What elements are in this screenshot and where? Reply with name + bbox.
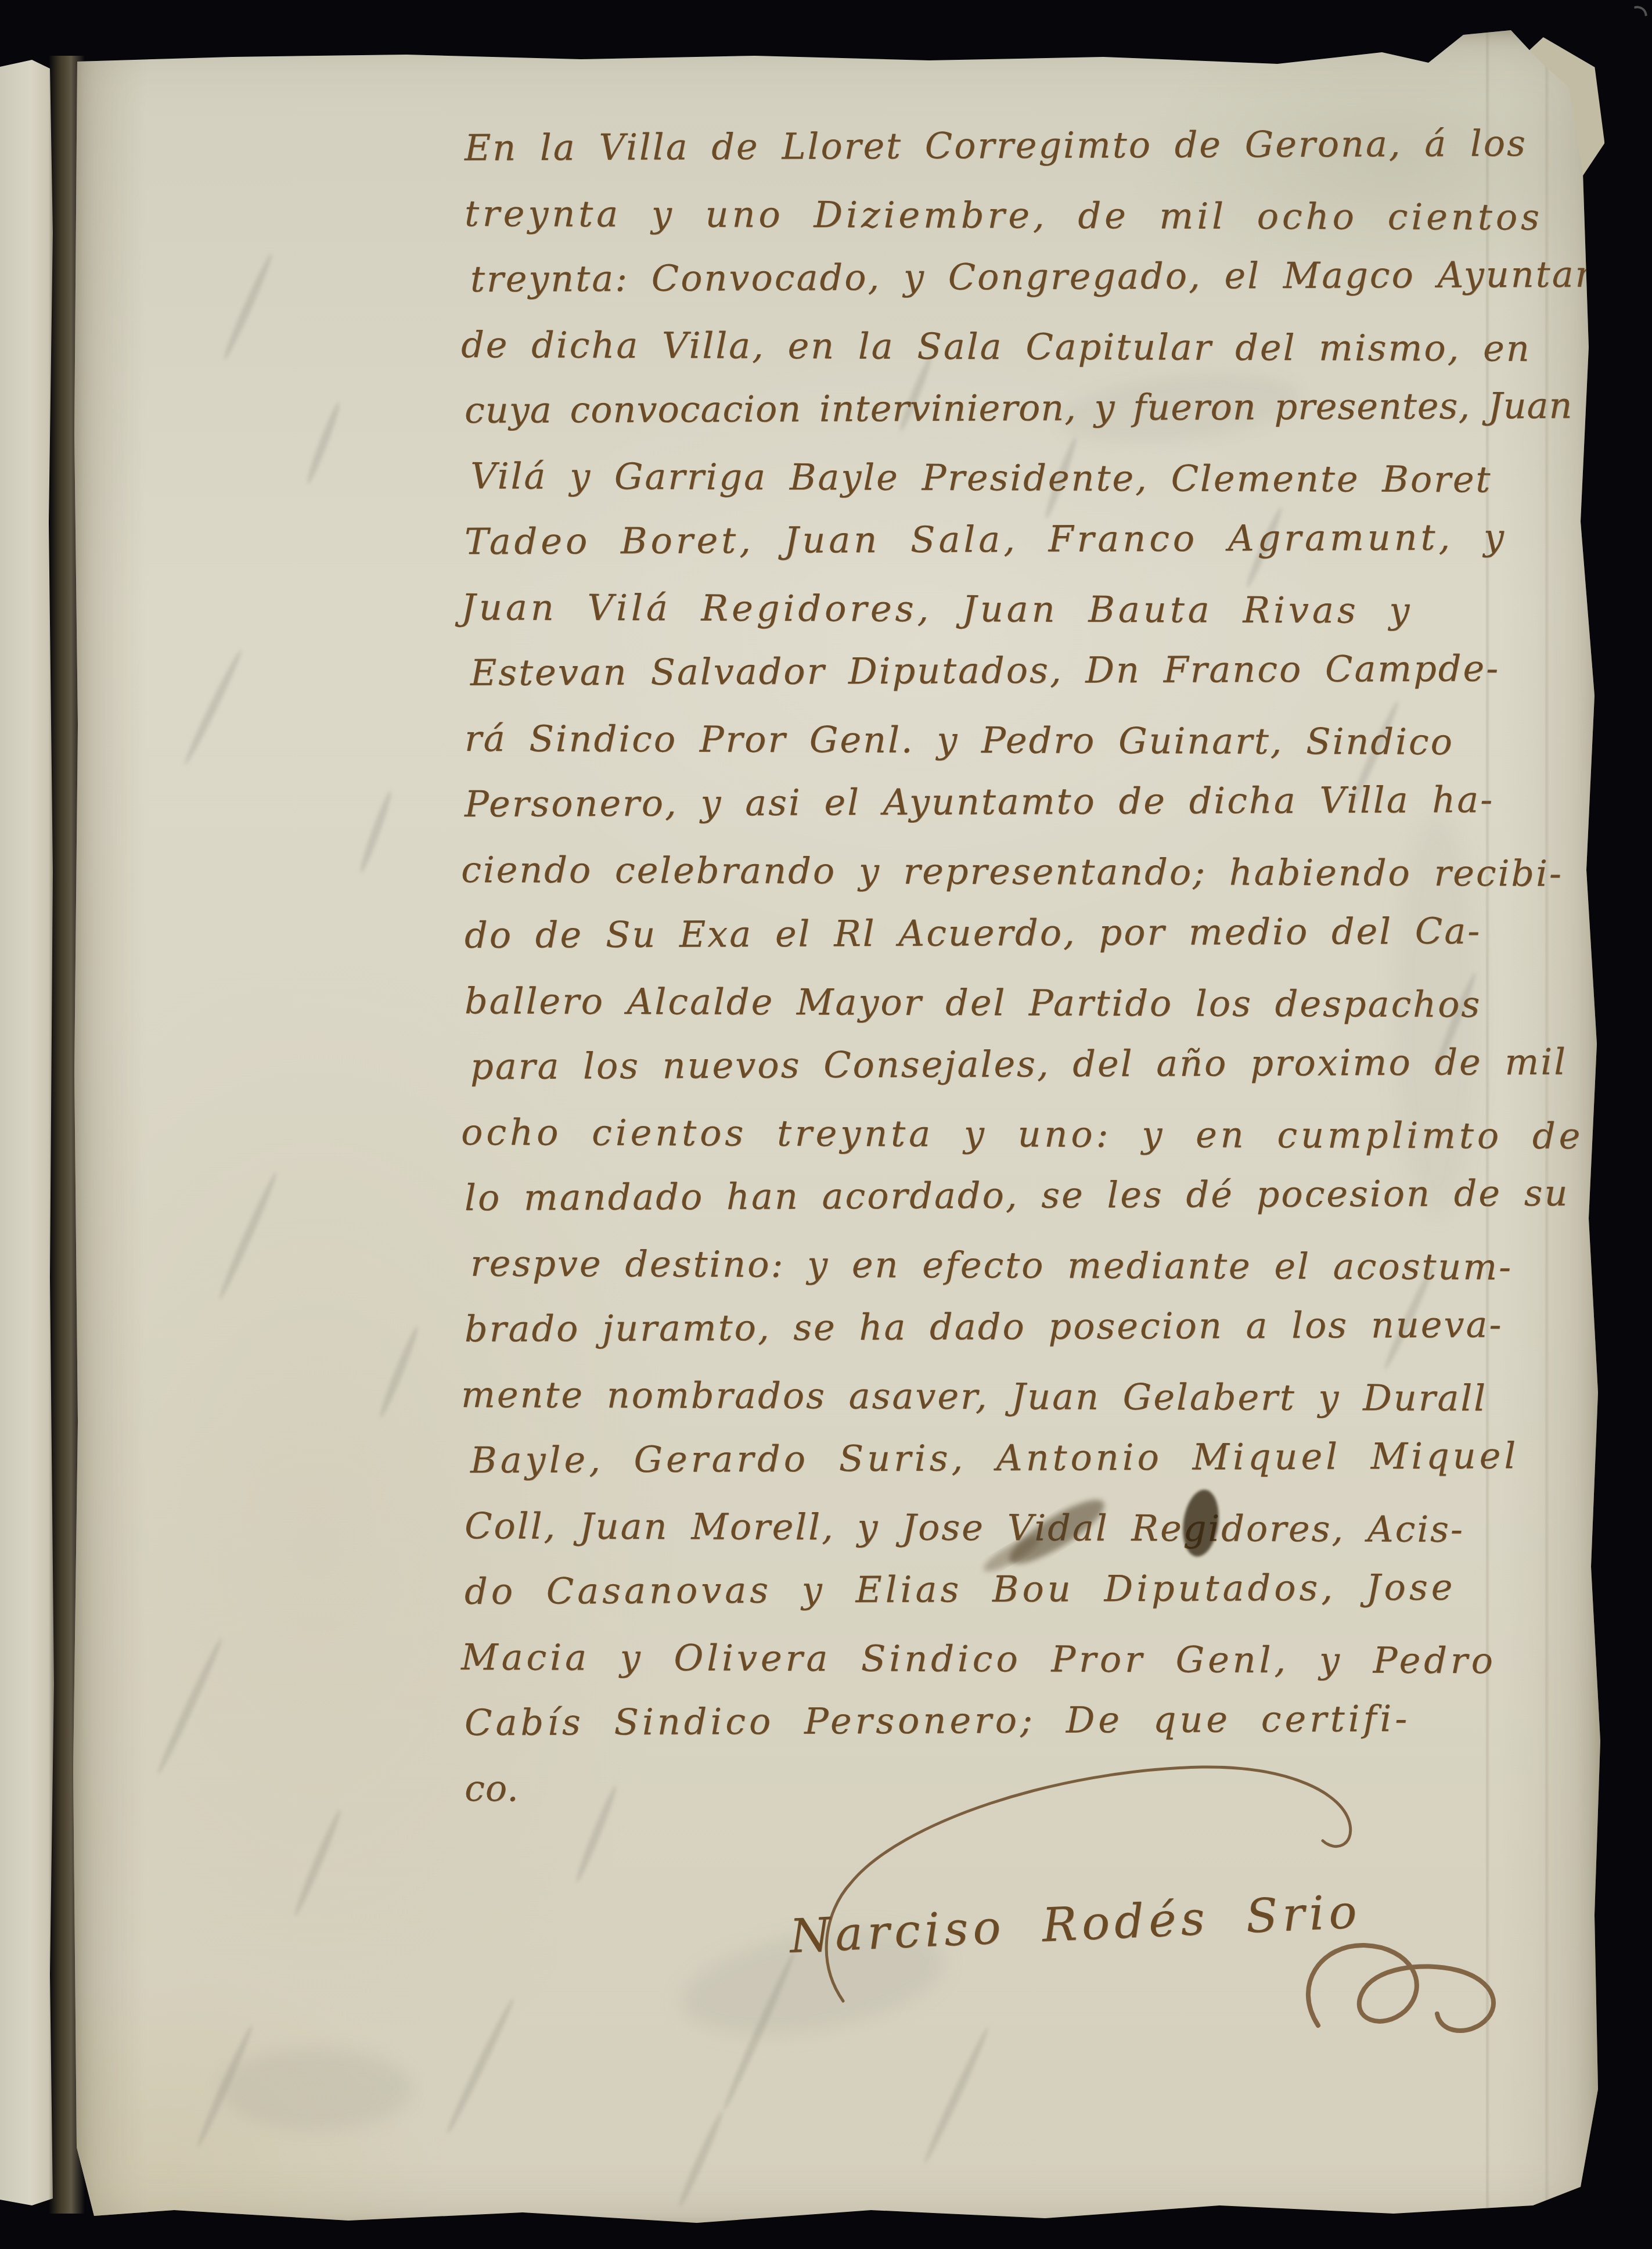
text-line: para los nuevos Consejales, del año prox… <box>470 1029 1574 1099</box>
text-line: respve destino: y en efecto mediante el … <box>470 1230 1574 1300</box>
signature-rubric <box>1308 1945 1493 2031</box>
text-line: ocho cientos treynta y uno: y en cumplim… <box>461 1099 1574 1169</box>
signature-name: Narciso Rodés Srio <box>789 1876 1568 1963</box>
text-line: Personero, y asi el Ayuntamto de dicha V… <box>465 767 1574 837</box>
text-line: ballero Alcalde Mayor del Partido los de… <box>465 968 1574 1038</box>
text-line: treynta: Convocado, y Congregado, el Mag… <box>470 242 1574 312</box>
text-line: Cabís Sindico Personero; De que certifi- <box>465 1685 1574 1755</box>
text-line: En la Villa de Lloret Corregimto de Gero… <box>465 110 1574 181</box>
text-line: mente nombrados asaver, Juan Gelabert y … <box>461 1362 1574 1431</box>
text-line: Bayle, Gerardo Suris, Antonio Miquel Miq… <box>470 1423 1574 1493</box>
text-line: Vilá y Garriga Bayle Presidente, Clement… <box>470 443 1574 513</box>
text-line: lo mandado han acordado, se les dé poces… <box>465 1160 1574 1230</box>
manuscript-page: En la Villa de Lloret Corregimto de Gero… <box>70 28 1608 2234</box>
text-line: Macia y Olivera Sindico Pror Genl, y Ped… <box>461 1624 1574 1694</box>
text-line: do Casanovas y Elias Bou Diputados, Jose <box>465 1554 1574 1624</box>
manuscript-scan: En la Villa de Lloret Corregimto de Gero… <box>0 0 1652 2249</box>
text-line: de dicha Villa, en la Sala Capitular del… <box>461 312 1574 382</box>
text-line: Estevan Salvador Diputados, Dn Franco Ca… <box>470 635 1574 706</box>
text-line: cuya convocacion intervinieron, y fueron… <box>465 373 1574 443</box>
manuscript-text: En la Villa de Lloret Corregimto de Gero… <box>465 115 1574 1821</box>
text-line: Coll, Juan Morell, y Jose Vidal Regidore… <box>465 1493 1574 1563</box>
text-line: Tadeo Boret, Juan Sala, Franco Agramunt,… <box>465 504 1574 574</box>
stray-ink-mark <box>1614 1 1652 42</box>
text-line: co. <box>465 1755 1574 1825</box>
previous-page-edge <box>0 0 55 2249</box>
text-line: ciendo celebrando y representando; habie… <box>461 837 1574 906</box>
text-line: Juan Vilá Regidores, Juan Bauta Rivas y <box>461 574 1574 644</box>
text-line: treynta y uno Diziembre, de mil ocho cie… <box>465 181 1574 250</box>
text-line: rá Sindico Pror Genl. y Pedro Guinart, S… <box>465 706 1574 775</box>
text-line: brado juramto, se ha dado posecion a los… <box>465 1291 1574 1362</box>
text-line: do de Su Exa el Rl Acuerdo, por medio de… <box>465 898 1574 968</box>
